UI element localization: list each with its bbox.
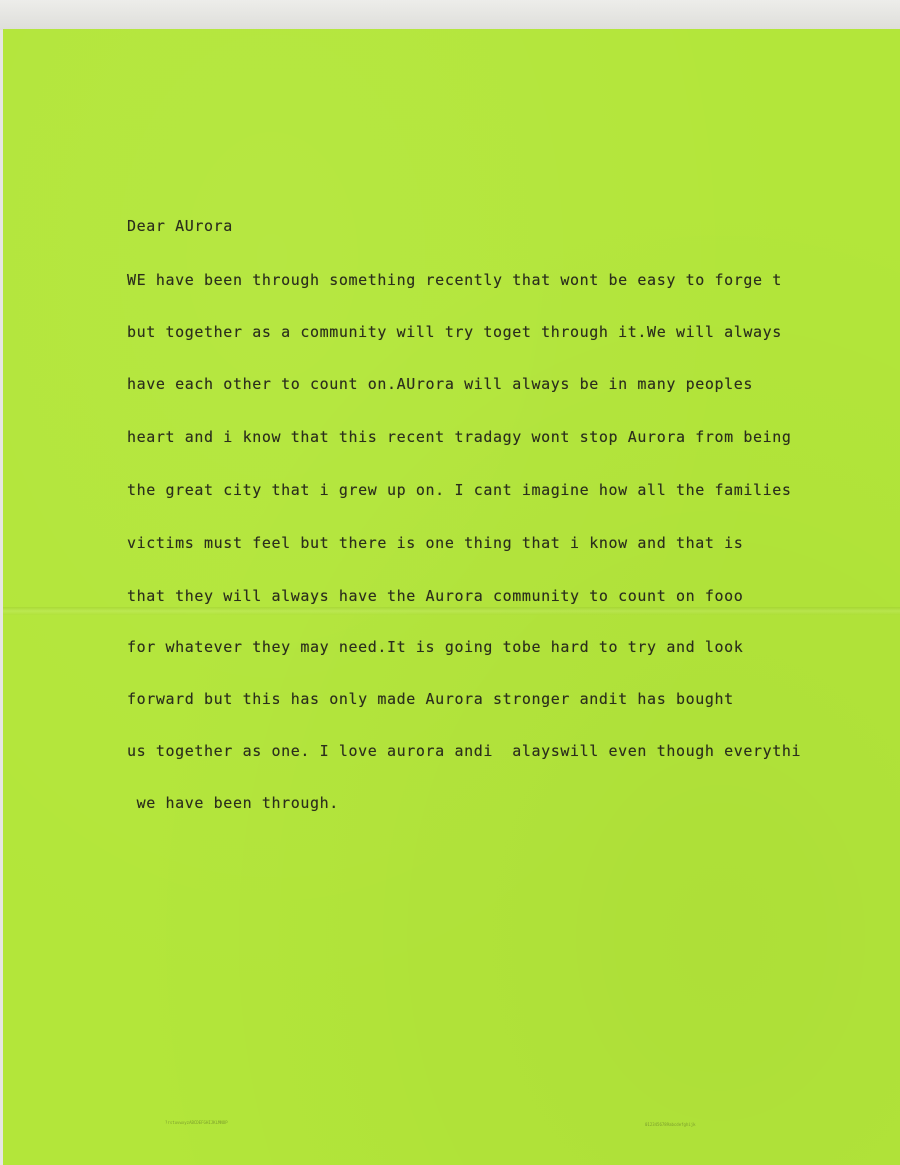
paper-fold-crease	[3, 607, 900, 615]
letter-line-1: WE have been through something recently …	[127, 271, 782, 289]
letter-line-10: us together as one. I love aurora andi a…	[127, 742, 801, 760]
letter-line-8: for whatever they may need.It is going t…	[127, 638, 743, 656]
footer-type-test-right: 0123456789abcdefghijk	[645, 1122, 696, 1127]
salutation: Dear AUrora	[127, 217, 233, 235]
letter-line-11: we have been through.	[127, 794, 339, 812]
letter-line-3: have each other to count on.AUrora will …	[127, 375, 753, 393]
scanner-edge	[0, 0, 900, 30]
letter-line-7: that they will always have the Aurora co…	[127, 587, 743, 605]
letter-line-5: the great city that i grew up on. I cant…	[127, 481, 792, 499]
letter-line-2: but together as a community will try tog…	[127, 323, 782, 341]
letter-line-9: forward but this has only made Aurora st…	[127, 690, 734, 708]
footer-type-test-left: ?rstuvwxyzABCDEFGHIJKLMNOP	[165, 1120, 228, 1125]
letter-line-4: heart and i know that this recent tradag…	[127, 428, 792, 446]
letter-page: Dear AUrora WE have been through somethi…	[3, 29, 900, 1165]
letter-line-6: victims must feel but there is one thing…	[127, 534, 743, 552]
